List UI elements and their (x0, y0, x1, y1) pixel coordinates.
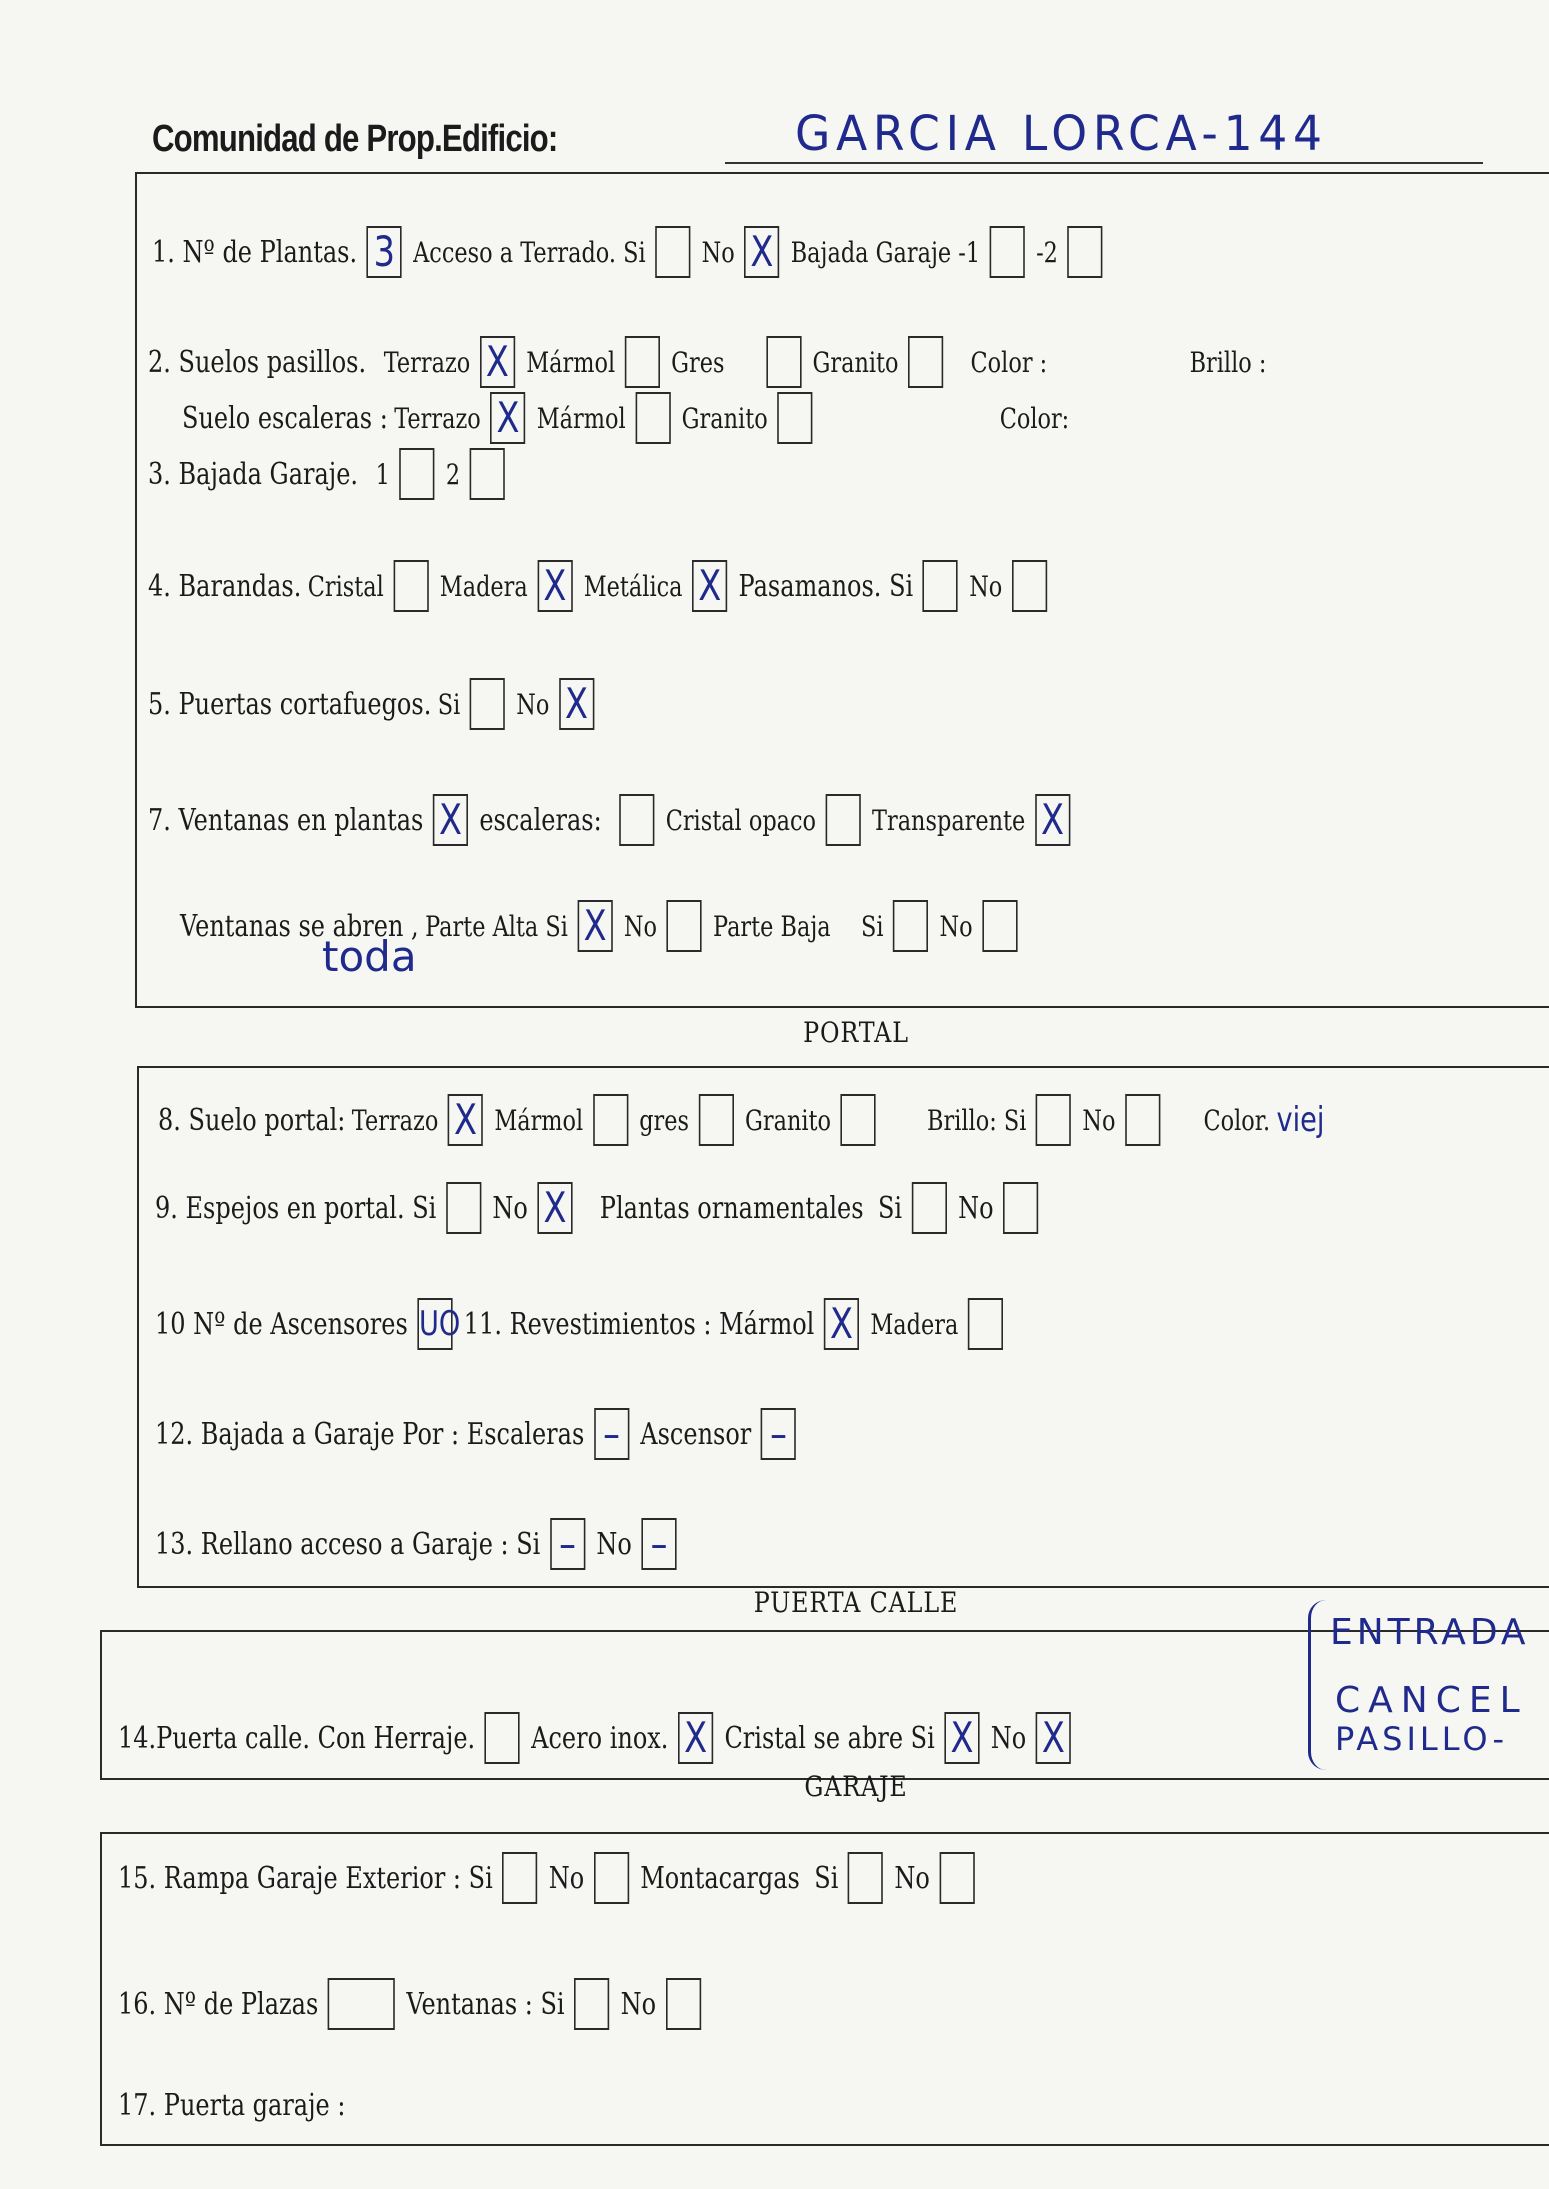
q16-row: 16. Nº de Plazas Ventanas : Si No (118, 1978, 712, 2030)
transparente-checkbox[interactable]: X (1035, 794, 1070, 846)
portal-marmol-label: Mármol (494, 1104, 583, 1137)
espejos-no-checkbox[interactable]: X (537, 1182, 572, 1234)
parte-baja-si-checkbox[interactable] (893, 900, 928, 952)
ventanas-handwritten-note: toda (322, 932, 417, 981)
q14-row: 14.Puerta calle. Con Herraje. Acero inox… (118, 1712, 1082, 1764)
parte-alta-no-label: No (624, 910, 657, 943)
q5-label: 5. Puertas cortafuegos. (148, 687, 431, 722)
rellano-no-label: No (596, 1527, 631, 1562)
revestimiento-marmol-checkbox[interactable]: X (824, 1298, 859, 1350)
portal-terrazo-checkbox[interactable]: X (448, 1094, 483, 1146)
q4-label: 4. Barandas. (148, 569, 301, 604)
q4-row: 4. Barandas. Cristal Madera X Metálica X… (148, 560, 1058, 612)
portal-marmol-checkbox[interactable] (593, 1094, 628, 1146)
plantas-count-field[interactable]: 3 (367, 226, 402, 278)
form-title-label: Comunidad de Prop.Edificio: (152, 118, 557, 161)
pasillos-marmol-label: Mármol (526, 346, 615, 379)
cristal-opaco-checkbox[interactable] (826, 794, 861, 846)
pasillos-marmol-checkbox[interactable] (625, 336, 660, 388)
q12-label: 12. Bajada a Garaje Por : Escaleras (155, 1417, 584, 1452)
q1-label: 1. Nº de Plantas. (152, 235, 357, 270)
pasillos-gres-label: Gres (671, 346, 724, 379)
q9-label: 9. Espejos en portal. Si (155, 1191, 436, 1226)
q2b-row: Suelo escaleras : Terrazo X Mármol Grani… (182, 392, 1076, 444)
annotation-line-1: ENTRADA (1330, 1612, 1530, 1653)
q3-row: 3. Bajada Garaje. 1 2 (148, 448, 516, 500)
parte-baja-si-label: Si (861, 910, 884, 943)
barandas-cristal-label: Cristal (308, 570, 384, 603)
q2-label: 2. Suelos pasillos. (148, 345, 366, 380)
plantas-ornamentales-label: Plantas ornamentales (600, 1191, 864, 1226)
garaje-heading: GARAJE (686, 1770, 1026, 1803)
escaleras-marmol-checkbox[interactable] (635, 392, 670, 444)
garaje-ventanas-si-checkbox[interactable] (574, 1978, 609, 2030)
cristal-abre-label: Cristal se abre Si (724, 1721, 934, 1756)
rellano-no-checkbox[interactable]: – (641, 1518, 676, 1570)
herraje-checkbox[interactable] (485, 1712, 520, 1764)
parte-baja-label: Parte Baja (713, 910, 831, 943)
plantas-no-checkbox[interactable] (1003, 1182, 1038, 1234)
bajada-opt2-label: 2 (446, 458, 460, 491)
pasillos-color-label: Color : (971, 346, 1048, 379)
q7-label: 7. Ventanas en plantas (148, 803, 423, 838)
portal-gres-checkbox[interactable] (699, 1094, 734, 1146)
portal-granito-checkbox[interactable] (841, 1094, 876, 1146)
q13-row: 13. Rellano acceso a Garaje : Si – No – (155, 1518, 688, 1570)
plantas-si-checkbox[interactable] (912, 1182, 947, 1234)
q7b-row: Ventanas se abren , Parte Alta Si X No P… (180, 900, 1029, 952)
bajada-opt2-checkbox[interactable] (470, 448, 505, 500)
bajada-escaleras-checkbox[interactable]: – (594, 1408, 629, 1460)
portal-brillo-no-label: No (1082, 1104, 1115, 1137)
escaleras-granito-checkbox[interactable] (777, 392, 812, 444)
portal-brillo-si-checkbox[interactable] (1036, 1094, 1071, 1146)
pasamanos-no-label: No (969, 570, 1002, 603)
q15-row: 15. Rampa Garaje Exterior : Si No Montac… (118, 1852, 986, 1904)
montacargas-no-label: No (894, 1861, 929, 1896)
q2b-label: Suelo escaleras : (182, 401, 388, 436)
q11-label: 11. Revestimientos : Mármol (464, 1307, 815, 1342)
pasamanos-si-checkbox[interactable] (923, 560, 958, 612)
portal-color-label: Color. (1203, 1104, 1270, 1137)
garaje-minus2-label: -2 (1036, 236, 1058, 269)
acero-inox-checkbox[interactable]: X (678, 1712, 713, 1764)
building-name-field[interactable]: GARCIA LORCA-144 (795, 106, 1328, 162)
cortafuegos-no-checkbox[interactable]: X (559, 678, 594, 730)
ventanas-escaleras-checkbox[interactable] (619, 794, 654, 846)
cristal-opaco-label: Cristal opaco (666, 804, 816, 837)
garaje-ventanas-label: Ventanas : Si (406, 1987, 564, 2022)
q1-row: 1. Nº de Plantas. 3 Acceso a Terrado. Si… (152, 226, 1114, 278)
cristal-abre-no-checkbox[interactable]: X (1036, 1712, 1071, 1764)
montacargas-no-checkbox[interactable] (939, 1852, 974, 1904)
parte-alta-no-checkbox[interactable] (667, 900, 702, 952)
montacargas-si-label: Si (814, 1861, 838, 1896)
bajada-opt1-checkbox[interactable] (400, 448, 435, 500)
terrado-si-checkbox[interactable] (655, 226, 690, 278)
rampa-si-checkbox[interactable] (502, 1852, 537, 1904)
bajada-ascensor-checkbox[interactable]: – (761, 1408, 796, 1460)
cortafuegos-si-label: Si (438, 688, 461, 721)
espejos-no-label: No (492, 1191, 527, 1226)
pasamanos-no-checkbox[interactable] (1012, 560, 1047, 612)
escaleras-marmol-label: Mármol (537, 402, 626, 435)
q9-row: 9. Espejos en portal. Si No X Plantas or… (155, 1182, 1050, 1234)
q16-label: 16. Nº de Plazas (118, 1987, 318, 2022)
q7-row: 7. Ventanas en plantas X escaleras: Cris… (148, 794, 1081, 846)
q5-row: 5. Puertas cortafuegos. Si No X (148, 678, 605, 730)
pasillos-granito-checkbox[interactable] (908, 336, 943, 388)
montacargas-si-checkbox[interactable] (848, 1852, 883, 1904)
pasamanos-label: Pasamanos. Si (739, 569, 914, 604)
cortafuegos-si-checkbox[interactable] (470, 678, 505, 730)
transparente-label: Transparente (872, 804, 1025, 837)
annotation-line-2: CANCEL (1335, 1680, 1528, 1721)
rampa-no-label: No (549, 1861, 584, 1896)
garaje-minus1-checkbox[interactable] (990, 226, 1025, 278)
pasillos-brillo-label: Brillo : (1190, 346, 1267, 379)
puerta-calle-heading: PUERTA CALLE (686, 1586, 1026, 1619)
pasillos-terrazo-label: Terrazo (384, 346, 471, 379)
parte-baja-no-checkbox[interactable] (982, 900, 1017, 952)
parte-baja-no-label: No (940, 910, 973, 943)
q10-label: 10 Nº de Ascensores (155, 1307, 408, 1342)
portal-brillo-label: Brillo: Si (927, 1104, 1026, 1137)
revestimiento-madera-checkbox[interactable] (968, 1298, 1003, 1350)
ventanas-escaleras-label: escaleras: (479, 803, 601, 838)
revestimiento-madera-label: Madera (870, 1308, 958, 1341)
portal-gres-label: gres (639, 1104, 689, 1137)
q8-row: 8. Suelo portal: Terrazo X Mármol gres G… (158, 1094, 1324, 1146)
montacargas-label: Montacargas (640, 1861, 800, 1896)
garaje-ventanas-no-checkbox[interactable] (666, 1978, 701, 2030)
garaje-minus2-checkbox[interactable] (1068, 226, 1103, 278)
barandas-metalica-label: Metálica (584, 570, 683, 603)
pasillos-granito-label: Granito (813, 346, 899, 379)
q15-label: 15. Rampa Garaje Exterior : Si (118, 1861, 493, 1896)
annotation-line-3: PASILLO- (1335, 1720, 1508, 1758)
barandas-metalica-checkbox[interactable]: X (692, 560, 727, 612)
acero-inox-label: Acero inox. (531, 1721, 668, 1756)
escaleras-color-label: Color: (1000, 402, 1070, 435)
building-name-underline (725, 162, 1483, 164)
bajada-ascensor-label: Ascensor (640, 1417, 751, 1452)
q13-label: 13. Rellano acceso a Garaje : Si (155, 1527, 540, 1562)
parte-alta-si-checkbox[interactable]: X (578, 900, 613, 952)
barandas-cristal-checkbox[interactable] (393, 560, 428, 612)
bajada-garaje-label: Bajada Garaje -1 (791, 236, 980, 269)
plantas-si-label: Si (878, 1191, 902, 1226)
q14-label: 14.Puerta calle. Con Herraje. (118, 1721, 475, 1756)
q17-label: 17. Puerta garaje : (118, 2088, 345, 2123)
portal-color-value[interactable]: viej (1277, 1100, 1325, 1140)
barandas-madera-label: Madera (440, 570, 528, 603)
garaje-ventanas-no-label: No (621, 1987, 656, 2022)
portal-brillo-no-checkbox[interactable] (1125, 1094, 1160, 1146)
espejos-si-checkbox[interactable] (446, 1182, 481, 1234)
terrado-label: Acceso a Terrado. Si (413, 236, 646, 269)
ascensores-count-field[interactable]: UO (417, 1298, 452, 1350)
q17-row: 17. Puerta garaje : (118, 2088, 352, 2123)
rampa-no-checkbox[interactable] (594, 1852, 629, 1904)
portal-granito-label: Granito (745, 1104, 831, 1137)
ventanas-plantas-checkbox[interactable]: X (433, 794, 468, 846)
escaleras-terrazo-checkbox[interactable]: X (490, 392, 525, 444)
portal-terrazo-label: Terrazo (352, 1104, 439, 1137)
pasillos-gres-checkbox[interactable] (766, 336, 801, 388)
cristal-abre-no-label: No (991, 1721, 1026, 1756)
portal-heading: PORTAL (686, 1016, 1026, 1049)
cristal-abre-si-checkbox[interactable]: X (944, 1712, 979, 1764)
barandas-madera-checkbox[interactable]: X (537, 560, 572, 612)
parte-alta-label: Parte Alta Si (425, 910, 568, 943)
bajada-opt1-label: 1 (376, 458, 390, 491)
q2-row: 2. Suelos pasillos. Terrazo X Mármol Gre… (148, 336, 1273, 388)
plantas-no-label: No (958, 1191, 993, 1226)
q10-11-row: 10 Nº de Ascensores UO 11. Revestimiento… (155, 1298, 1014, 1350)
escaleras-granito-label: Granito (682, 402, 768, 435)
cortafuegos-no-label: No (516, 688, 549, 721)
plazas-count-field[interactable] (328, 1978, 395, 2030)
q12-row: 12. Bajada a Garaje Por : Escaleras – As… (155, 1408, 807, 1460)
escaleras-terrazo-label: Terrazo (394, 402, 481, 435)
q8-label: 8. Suelo portal: (158, 1103, 345, 1138)
q3-label: 3. Bajada Garaje. (148, 457, 358, 492)
terrado-no-checkbox[interactable]: X (744, 226, 779, 278)
rellano-si-checkbox[interactable]: – (550, 1518, 585, 1570)
pasillos-terrazo-checkbox[interactable]: X (480, 336, 515, 388)
terrado-no-label: No (702, 236, 735, 269)
